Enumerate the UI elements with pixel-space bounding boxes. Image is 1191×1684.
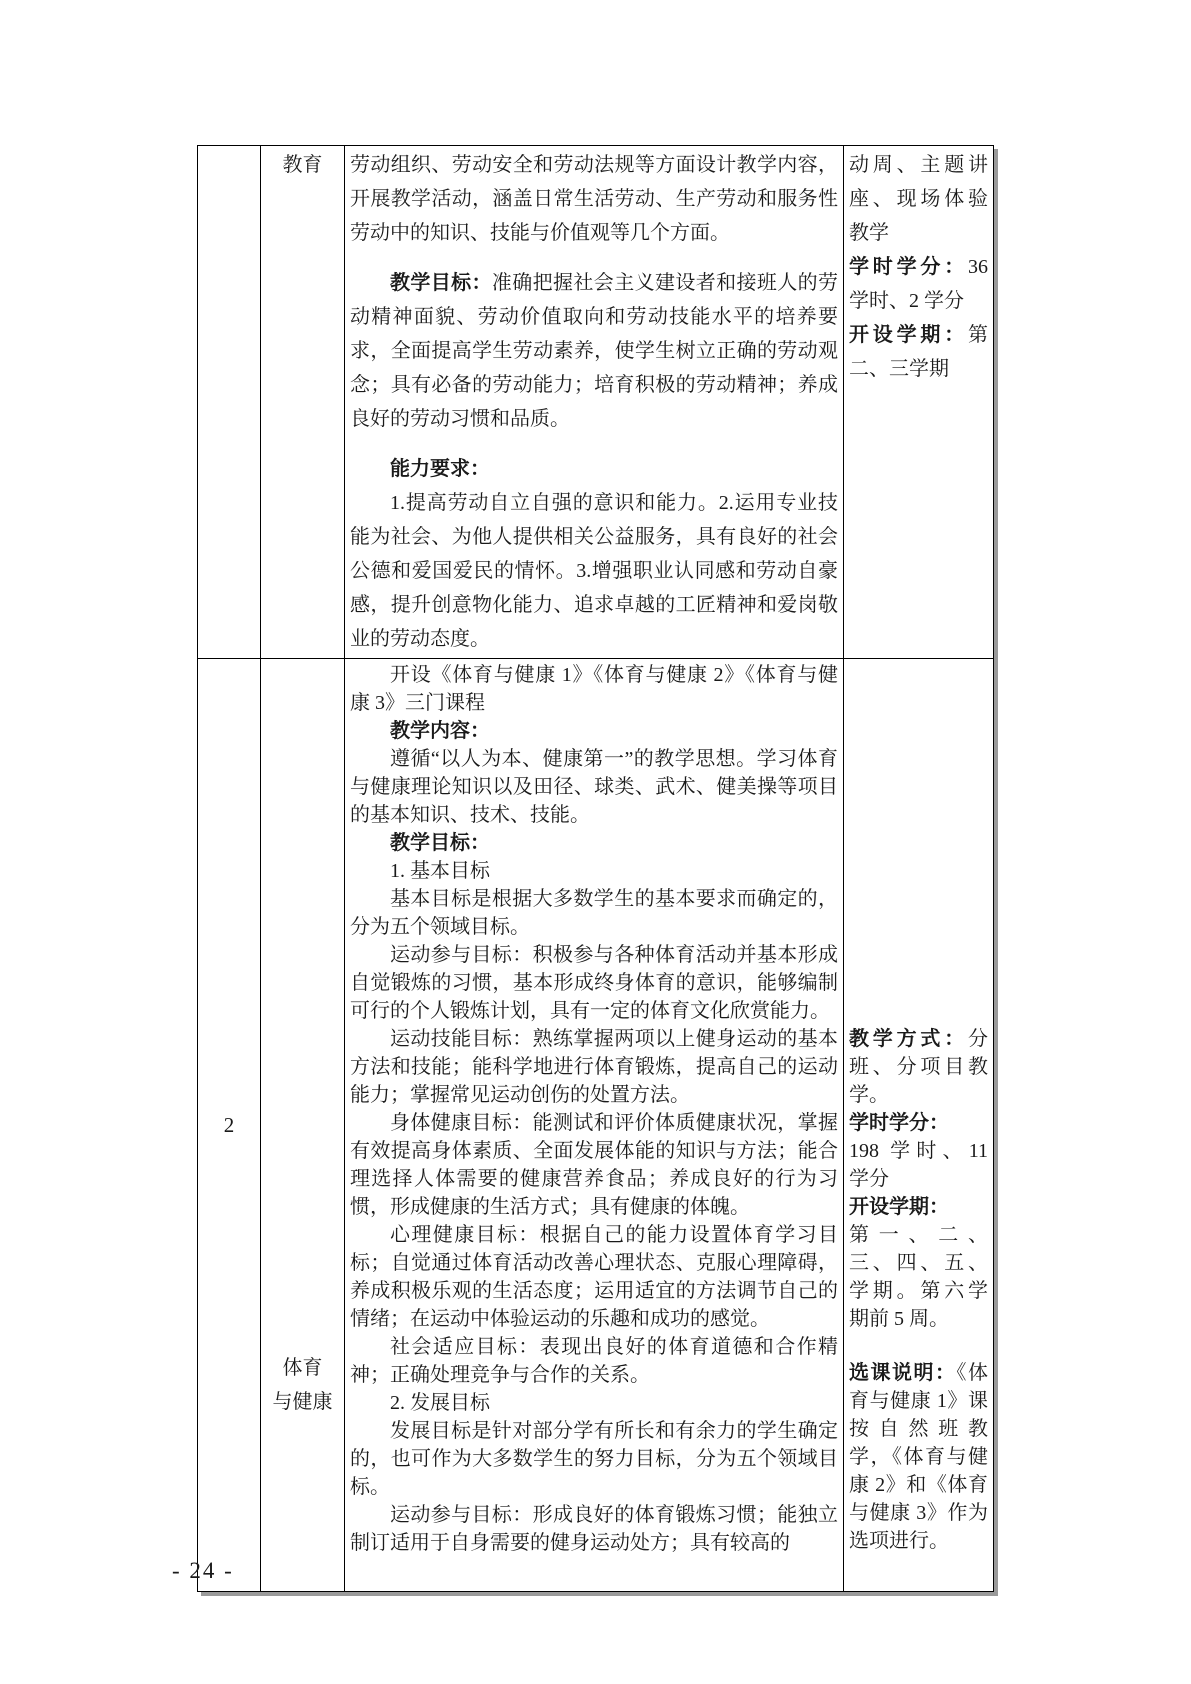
course-name-line: 体育: [266, 1351, 339, 1385]
course-name: 教育: [266, 148, 339, 182]
paragraph: 2. 发展目标: [350, 1389, 838, 1417]
paragraph: 运动参与目标：形成良好的体育锻炼习惯；能独立制订适用于自身需要的健身运动处方；具…: [350, 1501, 838, 1557]
paragraph: 教学内容：: [350, 717, 838, 745]
document-page: { "page": { "number_label": "- 24 -" }, …: [0, 0, 1191, 1684]
course-name-cell: 教育: [261, 146, 345, 659]
paragraph: 动周、主题讲座、现场体验教学: [849, 148, 988, 250]
paragraph: 遵循“以人为本、健康第一”的教学思想。学习体育与健康理论知识以及田径、球类、武术…: [350, 745, 838, 829]
notes-cell: 动周、主题讲座、现场体验教学学时学分：36 学时、2 学分开设学期：第二、三学期: [844, 146, 994, 659]
notes-cell: 教学方式：分班、分项目教学。学时学分：198 学时、11 学分开设学期：第一、二…: [844, 659, 994, 1592]
paragraph: [350, 250, 838, 266]
paragraph: 发展目标是针对部分学有所长和有余力的学生确定的，也可作为大多数学生的努力目标，分…: [350, 1417, 838, 1501]
paragraph: 学时学分：36 学时、2 学分: [849, 250, 988, 318]
page-number: - 24 -: [172, 1558, 234, 1584]
paragraph: 基本目标是根据大多数学生的基本要求而确定的，分为五个领域目标。: [350, 885, 838, 941]
paragraph: 能力要求：: [350, 452, 838, 486]
paragraph: 1.提高劳动自立自强的意识和能力。2.运用专业技能为社会、为他人提供相关公益服务…: [350, 486, 838, 656]
course-name-line: 与健康: [266, 1385, 339, 1419]
paragraph: 社会适应目标：表现出良好的体育道德和合作精神；正确处理竞争与合作的关系。: [350, 1333, 838, 1389]
curriculum-table: 教育 劳动组织、劳动安全和劳动法规等方面设计教学内容，开展教学活动，涵盖日常生活…: [197, 145, 994, 1592]
serial-cell: 2: [198, 659, 261, 1592]
content-cell: 开设《体育与健康 1》《体育与健康 2》《体育与健康 3》三门课程教学内容：遵循…: [345, 659, 844, 1592]
paragraph: 心理健康目标：根据自己的能力设置体育学习目标；自觉通过体育活动改善心理状态、克服…: [350, 1221, 838, 1333]
content-paragraphs: 劳动组织、劳动安全和劳动法规等方面设计教学内容，开展教学活动，涵盖日常生活劳动、…: [350, 148, 838, 656]
content-cell: 劳动组织、劳动安全和劳动法规等方面设计教学内容，开展教学活动，涵盖日常生活劳动、…: [345, 146, 844, 659]
paragraph: 开设学期：: [849, 1193, 988, 1221]
paragraph: [849, 1333, 988, 1359]
paragraph: 选课说明：《体育与健康 1》课按自然班教学，《体育与健康 2》和《体育与健康 3…: [849, 1359, 988, 1555]
paragraph: 教学方式：分班、分项目教学。: [849, 1025, 988, 1109]
course-name-spacer: [266, 661, 339, 1351]
notes-paragraphs: 动周、主题讲座、现场体验教学学时学分：36 学时、2 学分开设学期：第二、三学期: [849, 148, 988, 386]
course-name: 体育与健康: [266, 1351, 339, 1419]
table-row-pe-health: 2 体育与健康 开设《体育与健康 1》《体育与健康 2》《体育与健康 3》三门课…: [198, 659, 994, 1592]
notes-paragraphs: 教学方式：分班、分项目教学。学时学分：198 学时、11 学分开设学期：第一、二…: [849, 1025, 988, 1555]
paragraph: 劳动组织、劳动安全和劳动法规等方面设计教学内容，开展教学活动，涵盖日常生活劳动、…: [350, 148, 838, 250]
paragraph: 学时学分：: [849, 1109, 988, 1137]
course-name-line: 教育: [266, 148, 339, 182]
paragraph: 开设《体育与健康 1》《体育与健康 2》《体育与健康 3》三门课程: [350, 661, 838, 717]
paragraph: 教学目标：准确把握社会主义建设者和接班人的劳动精神面貌、劳动价值取向和劳动技能水…: [350, 266, 838, 436]
course-name-cell: 体育与健康: [261, 659, 345, 1592]
paragraph: 身体健康目标：能测试和评价体质健康状况，掌握有效提高身体素质、全面发展体能的知识…: [350, 1109, 838, 1221]
paragraph: 198 学时、11 学分: [849, 1137, 988, 1193]
content-paragraphs: 开设《体育与健康 1》《体育与健康 2》《体育与健康 3》三门课程教学内容：遵循…: [350, 661, 838, 1557]
paragraph: [350, 436, 838, 452]
paragraph: 第一、二、三、四、五、学期。第六学期前 5 周。: [849, 1221, 988, 1333]
paragraph: 1. 基本目标: [350, 857, 838, 885]
table-row-labor-education: 教育 劳动组织、劳动安全和劳动法规等方面设计教学内容，开展教学活动，涵盖日常生活…: [198, 146, 994, 659]
paragraph: 运动参与目标：积极参与各种体育活动并基本形成自觉锻炼的习惯，基本形成终身体育的意…: [350, 941, 838, 1025]
paragraph: 教学目标：: [350, 829, 838, 857]
serial-cell: [198, 146, 261, 659]
notes-spacer: [849, 661, 988, 1025]
paragraph: 开设学期：第二、三学期: [849, 318, 988, 386]
paragraph: 运动技能目标：熟练掌握两项以上健身运动的基本方法和技能；能科学地进行体育锻炼，提…: [350, 1025, 838, 1109]
